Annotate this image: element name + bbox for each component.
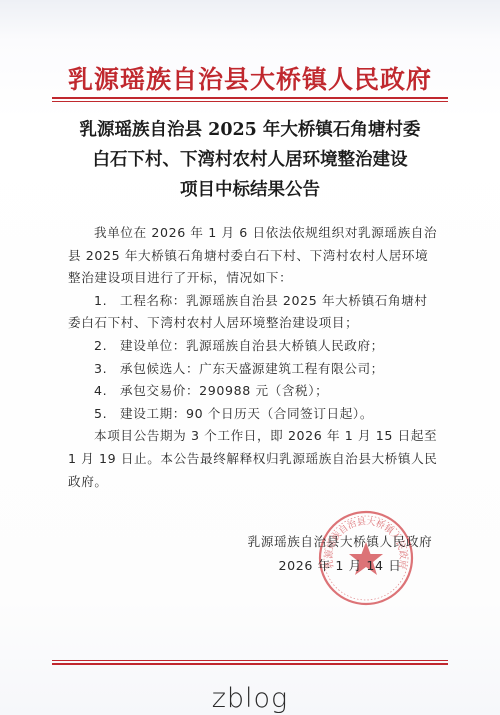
- signature-block: 乳源瑶族自治县大桥镇人民政府 2026 年 1 月 14 日: [230, 530, 450, 578]
- signature-org: 乳源瑶族自治县大桥镇人民政府: [230, 530, 450, 554]
- list-number: 3.: [94, 358, 120, 381]
- list-item: 5.建设工期：90 个日历天（合同签订日起）。: [68, 403, 440, 426]
- signature-date: 2026 年 1 月 14 日: [230, 554, 450, 578]
- list-text: 承包交易价：290988 元（含税）；: [120, 383, 328, 398]
- document-title: 乳源瑶族自治县 2025 年大桥镇石角塘村委 白石下村、下湾村农村人居环境整治建…: [0, 115, 500, 205]
- list-text: 建设单位：乳源瑶族自治县大桥镇人民政府；: [120, 338, 384, 353]
- list-item: 4.承包交易价：290988 元（含税）；: [68, 380, 440, 403]
- list-item: 3.承包候选人：广东天盛源建筑工程有限公司；: [68, 358, 440, 381]
- list-number: 2.: [94, 335, 120, 358]
- list-item: 1.工程名称：乳源瑶族自治县 2025 年大桥镇石角塘村委白石下村、下湾村农村人…: [68, 290, 440, 335]
- footer-red-rule: [52, 660, 448, 665]
- letterhead-red-rule: [52, 97, 448, 102]
- document-body: 我单位在 2026 年 1 月 6 日依法依规组织对乳源瑶族自治县 2025 年…: [68, 222, 440, 493]
- list-text: 承包候选人：广东天盛源建筑工程有限公司；: [120, 361, 384, 376]
- list-number: 1.: [94, 290, 120, 313]
- list-number: 5.: [94, 403, 120, 426]
- watermark-text: zblog: [0, 683, 500, 714]
- list-number: 4.: [94, 380, 120, 403]
- title-line-3: 项目中标结果公告: [0, 175, 500, 205]
- list-item: 2.建设单位：乳源瑶族自治县大桥镇人民政府；: [68, 335, 440, 358]
- list-text: 建设工期：90 个日历天（合同签订日起）。: [120, 406, 373, 421]
- letterhead-org-name: 乳源瑶族自治县大桥镇人民政府: [0, 60, 500, 96]
- title-line-2: 白石下村、下湾村农村人居环境整治建设: [0, 145, 500, 175]
- document-page: 乳源瑶族自治县大桥镇人民政府 乳源瑶族自治县 2025 年大桥镇石角塘村委 白石…: [0, 0, 500, 715]
- closing-paragraph: 本项目公告期为 3 个工作日，即 2026 年 1 月 15 日起至 1 月 1…: [68, 425, 440, 493]
- title-line-1: 乳源瑶族自治县 2025 年大桥镇石角塘村委: [0, 115, 500, 145]
- intro-paragraph: 我单位在 2026 年 1 月 6 日依法依规组织对乳源瑶族自治县 2025 年…: [68, 222, 440, 290]
- list-text: 工程名称：乳源瑶族自治县 2025 年大桥镇石角塘村委白石下村、下湾村农村人居环…: [68, 293, 428, 331]
